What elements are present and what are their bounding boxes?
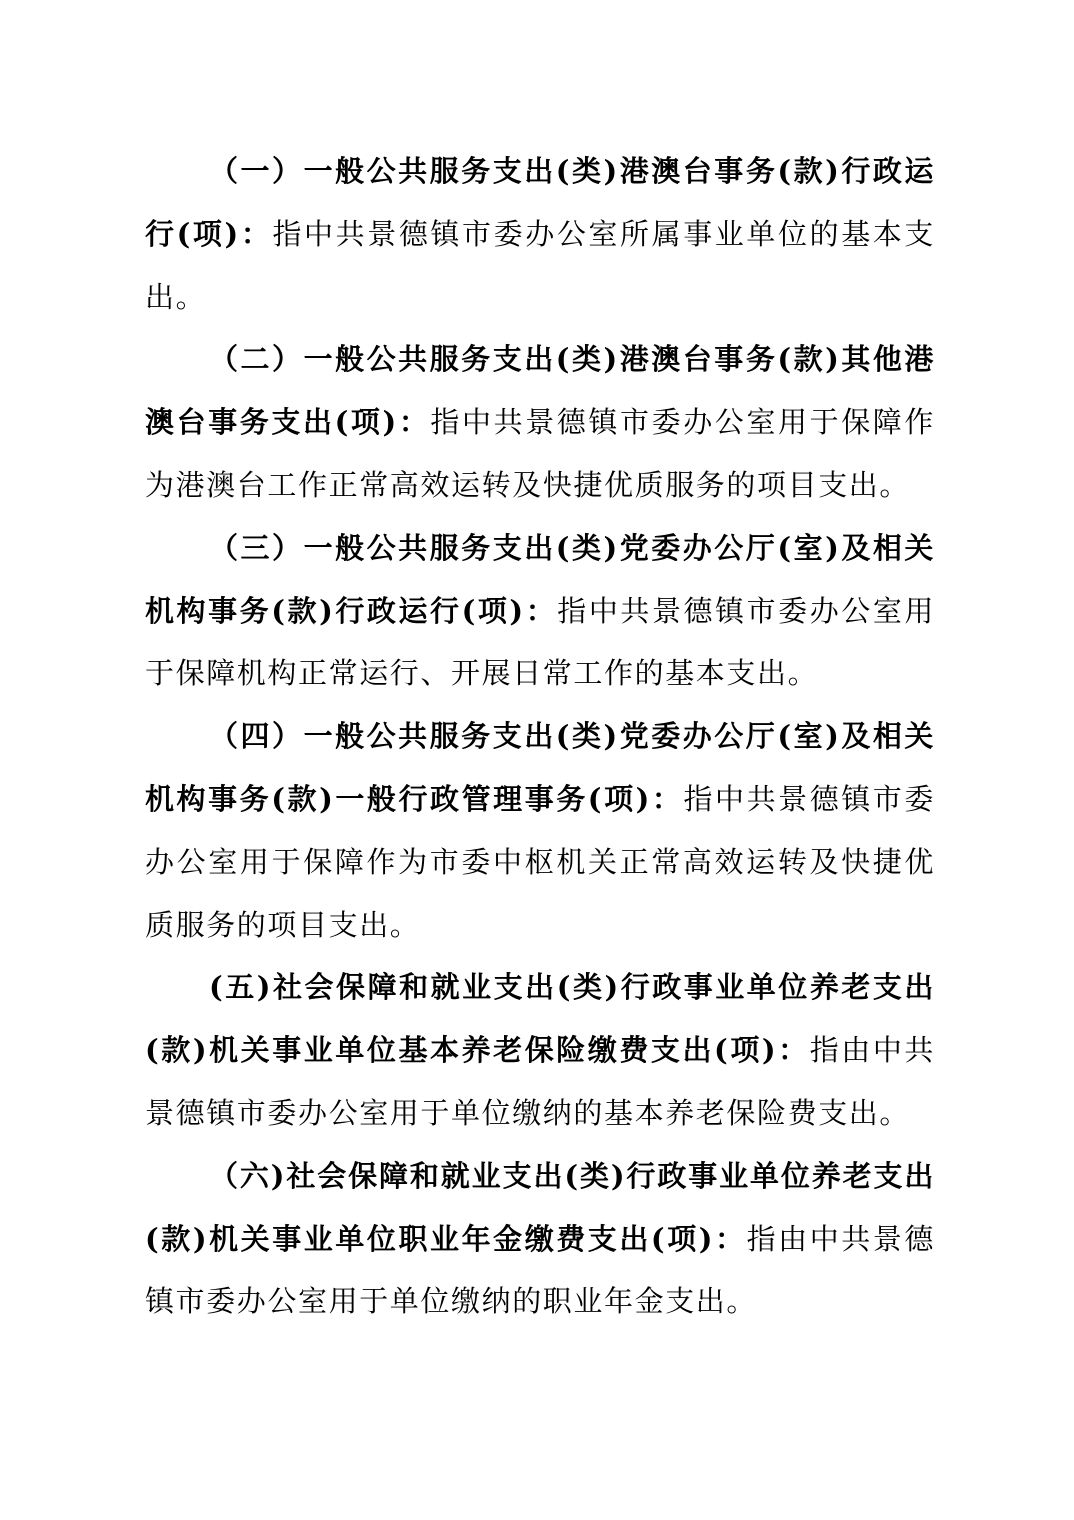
paragraph-6: （六)社会保障和就业支出(类)行政事业单位养老支出(款)机关事业单位职业年金缴费… <box>145 1145 935 1333</box>
paragraph-2: （二）一般公共服务支出(类)港澳台事务(款)其他港澳台事务支出(项)：指中共景德… <box>145 328 935 516</box>
paragraph-5: (五)社会保障和就业支出(类)行政事业单位养老支出(款)机关事业单位基本养老保险… <box>145 956 935 1144</box>
paragraph-4: （四）一般公共服务支出(类)党委办公厅(室)及相关机构事务(款)一般行政管理事务… <box>145 705 935 956</box>
paragraph-3: （三）一般公共服务支出(类)党委办公厅(室)及相关机构事务(款)行政运行(项)：… <box>145 517 935 705</box>
paragraph-1: （一）一般公共服务支出(类)港澳台事务(款)行政运行(项)：指中共景德镇市委办公… <box>145 140 935 328</box>
document-page: （一）一般公共服务支出(类)港澳台事务(款)行政运行(项)：指中共景德镇市委办公… <box>145 140 935 1333</box>
